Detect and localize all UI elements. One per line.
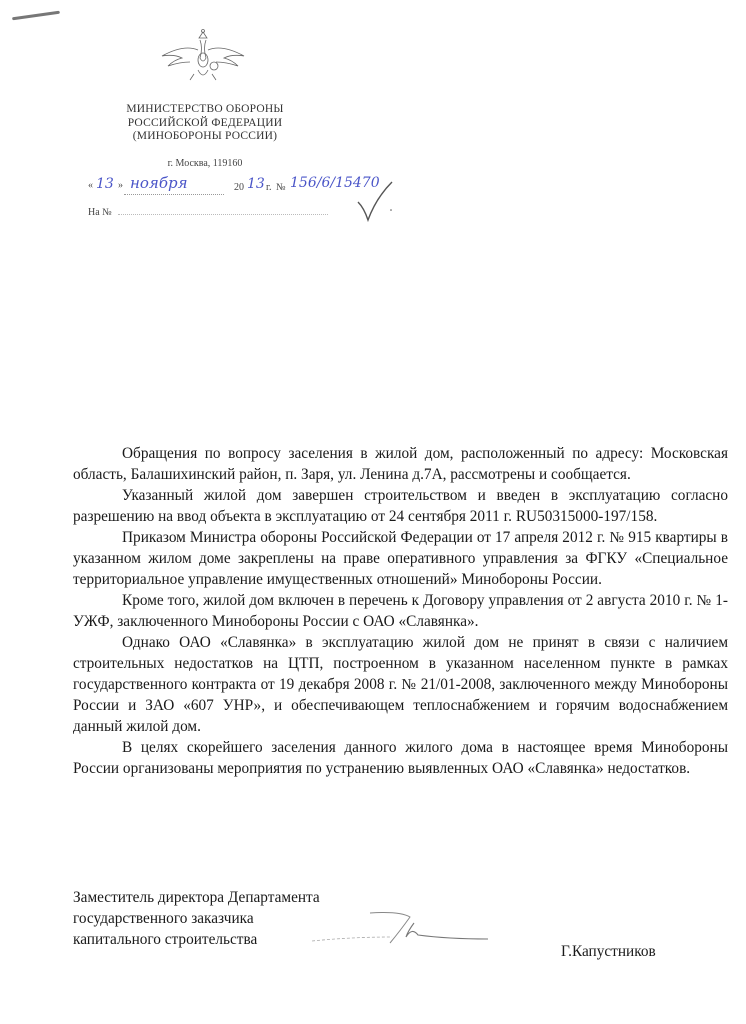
year-prefix: 20 [234, 182, 244, 193]
handwritten-signature-icon [310, 905, 500, 950]
quote-open: « [88, 180, 93, 191]
quote-close: » [118, 180, 123, 191]
year-label: г. [266, 182, 271, 193]
signatory-title-line: Заместитель директора Департамента [73, 887, 320, 908]
signatory-title: Заместитель директора Департамента госуд… [73, 887, 320, 950]
paragraph: В целях скорейшего заселения данного жил… [73, 737, 728, 779]
signatory-name: Г.Капустников [561, 943, 656, 961]
handwritten-month: ноября [130, 174, 188, 192]
ministry-name: МИНИСТЕРСТВО ОБОРОНЫ РОССИЙСКОЙ ФЕДЕРАЦИ… [95, 103, 315, 144]
ministry-line: (МИНОБОРОНЫ РОССИИ) [95, 130, 315, 144]
paragraph: Однако ОАО «Славянка» в эксплуатацию жил… [73, 632, 728, 737]
letter-body: Обращения по вопросу заселения в жилой д… [73, 443, 728, 779]
ministry-line: МИНИСТЕРСТВО ОБОРОНЫ [95, 103, 315, 117]
ministry-line: РОССИЙСКОЙ ФЕДЕРАЦИИ [95, 117, 315, 131]
date-underline [124, 194, 224, 195]
reference-underline [118, 214, 328, 215]
handwritten-day: 13 [96, 176, 114, 192]
checkmark-icon [355, 180, 395, 222]
signatory-title-line: государственного заказчика [73, 908, 320, 929]
reference-label: На № [88, 207, 112, 218]
paragraph: Приказом Министра обороны Российской Фед… [73, 527, 728, 590]
signatory-title-line: капитального строительства [73, 929, 320, 950]
eagle-emblem-icon [158, 28, 248, 88]
reference-line: На № [88, 207, 328, 218]
paragraph: Кроме того, жилой дом включен в перечень… [73, 590, 728, 632]
city-postal: г. Москва, 119160 [95, 158, 315, 169]
handwritten-year-suffix: 13 [247, 176, 265, 192]
paragraph: Указанный жилой дом завершен строительст… [73, 485, 728, 527]
number-label: № [276, 182, 286, 193]
dateline: « 13 » ноября 20 13 г. № 156/6/15470 [88, 174, 398, 198]
scan-artifact-mark [12, 11, 60, 21]
paragraph: Обращения по вопросу заселения в жилой д… [73, 443, 728, 485]
